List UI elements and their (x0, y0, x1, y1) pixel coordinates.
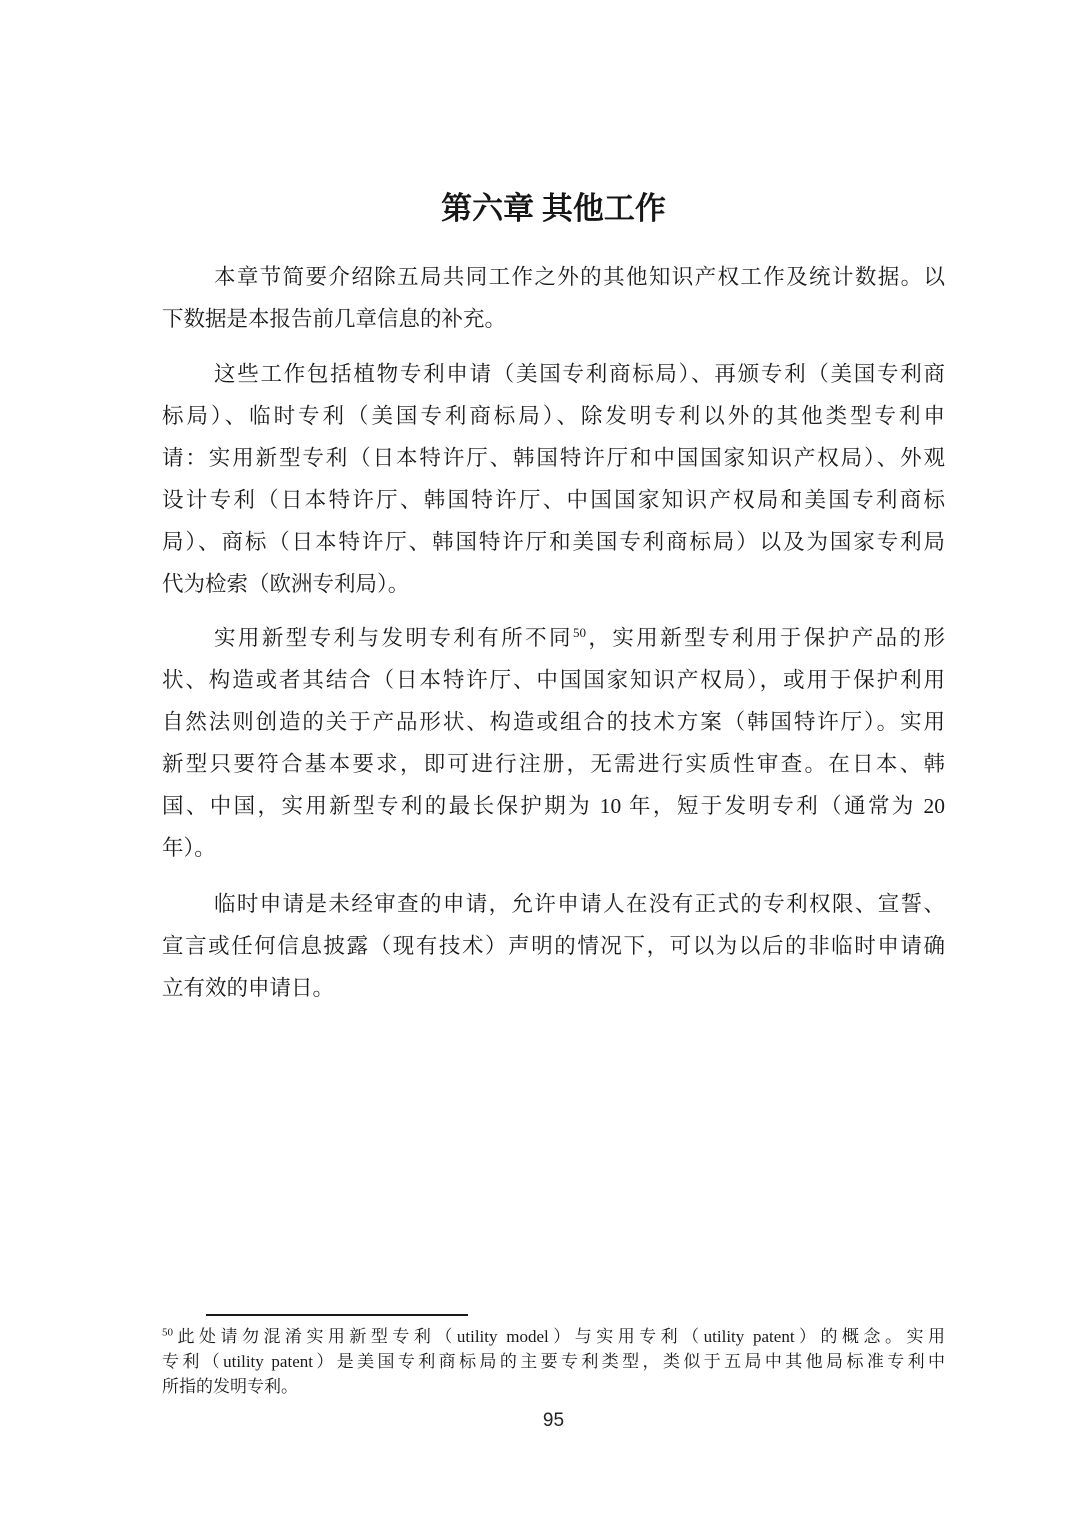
footnote-separator (206, 1314, 468, 1316)
document-page: 第六章 其他工作 本章节简要介绍除五局共同工作之外的其他知识产权工作及统计数据。… (0, 0, 1080, 1528)
text-line: 临时申请是未经审查的申请，允许申请人在没有正式的专利权限、宣誓、 (162, 883, 945, 925)
text-segment: 实用新型专利与发明专利有所不同 (214, 626, 573, 650)
text-line: 局）、商标（日本特许厅、韩国特许厅和美国专利商标局）以及为国家专利局 (162, 521, 945, 563)
text-line: 自然法则创造的关于产品形状、构造或组合的技术方案（韩国特许厅）。实用 (162, 701, 945, 743)
footnote-line: 所指的发明专利。 (162, 1374, 945, 1399)
footnote-line: 50此处请勿混淆实用新型专利（utility model）与实用专利（utili… (162, 1324, 945, 1349)
text-line: 本章节简要介绍除五局共同工作之外的其他知识产权工作及统计数据。以 (162, 256, 945, 298)
text-line: 新型只要符合基本要求，即可进行注册，无需进行实质性审查。在日本、韩 (162, 743, 945, 785)
text-line: 宣言或任何信息披露（现有技术）声明的情况下，可以为以后的非临时申请确 (162, 925, 945, 967)
text-line: 请：实用新型专利（日本特许厅、韩国特许厅和中国国家知识产权局）、外观 (162, 437, 945, 479)
text-line: 年）。 (162, 827, 945, 869)
footnote-marker: 50 (162, 1326, 173, 1338)
chapter-title: 第六章 其他工作 (162, 188, 945, 230)
text-line: 标局）、临时专利（美国专利商标局）、除发明专利以外的其他类型专利申 (162, 395, 945, 437)
text-line: 实用新型专利与发明专利有所不同50，实用新型专利用于保护产品的形 (162, 617, 945, 659)
text-line: 代为检索（欧洲专利局）。 (162, 563, 945, 605)
footnote: 50此处请勿混淆实用新型专利（utility model）与实用专利（utili… (162, 1324, 945, 1399)
text-line: 这些工作包括植物专利申请（美国专利商标局）、再颁专利（美国专利商 (162, 353, 945, 395)
page-number: 95 (162, 1408, 945, 1434)
footnote-line: 专利（utility patent）是美国专利商标局的主要专利类型，类似于五局中… (162, 1349, 945, 1374)
footnote-ref-50: 50 (573, 625, 586, 640)
paragraph-work-types: 这些工作包括植物专利申请（美国专利商标局）、再颁专利（美国专利商 标局）、临时专… (162, 353, 945, 605)
paragraph-utility-model: 实用新型专利与发明专利有所不同50，实用新型专利用于保护产品的形 状、构造或者其… (162, 617, 945, 869)
paragraph-intro: 本章节简要介绍除五局共同工作之外的其他知识产权工作及统计数据。以 下数据是本报告… (162, 256, 945, 340)
text-line: 下数据是本报告前几章信息的补充。 (162, 298, 945, 340)
paragraph-provisional-application: 临时申请是未经审查的申请，允许申请人在没有正式的专利权限、宣誓、 宣言或任何信息… (162, 883, 945, 1009)
text-line: 国、中国，实用新型专利的最长保护期为 10 年，短于发明专利（通常为 20 (162, 785, 945, 827)
text-line: 立有效的申请日。 (162, 967, 945, 1009)
text-line: 状、构造或者其结合（日本特许厅、中国国家知识产权局），或用于保护利用 (162, 659, 945, 701)
text-line: 设计专利（日本特许厅、韩国特许厅、中国国家知识产权局和美国专利商标 (162, 479, 945, 521)
text-segment: ，实用新型专利用于保护产品的形 (586, 626, 945, 650)
footnote-text-segment: 此处请勿混淆实用新型专利（utility model）与实用专利（utility… (173, 1327, 945, 1346)
